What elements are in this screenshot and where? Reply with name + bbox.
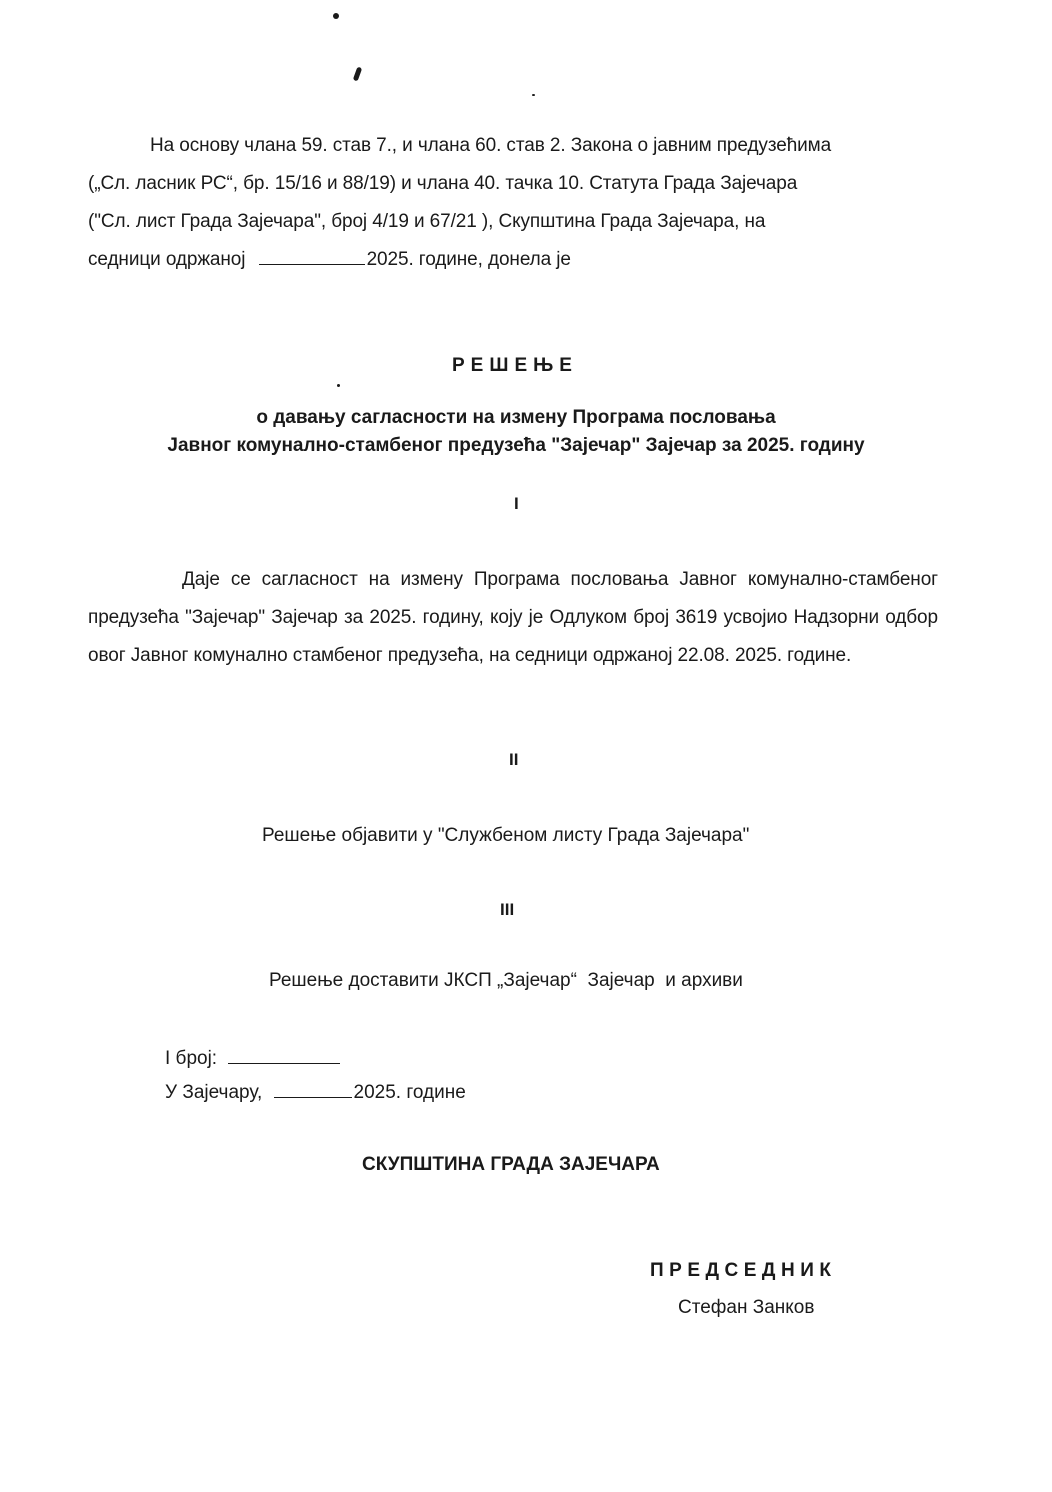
scan-speck [532,94,535,96]
reference-number-label: I број: [165,1048,217,1069]
reference-number-row: I број: [165,1048,342,1070]
section-number-1: I [514,494,519,514]
place-label: У Зајечару, [165,1082,262,1103]
president-name: Стефан Занков [678,1297,814,1319]
section-2-text: Решење објавити у "Службеном листу Града… [262,825,749,847]
reference-number-blank [228,1062,340,1064]
preamble-paragraph: На основу члана 59. став 7., и члана 60.… [88,127,938,279]
preamble-line-4-end: 2025. године, донела је [367,249,571,270]
subtitle-line-2: Јавног комунално-стамбеног предузећа "За… [0,432,1032,460]
president-title: ПРЕДСЕДНИК [650,1260,836,1282]
section-1-body: Даје се сагласност на измену Програма по… [88,569,938,666]
scan-speck [337,384,340,387]
section-number-2: II [509,750,518,770]
document-page: На основу члана 59. став 7., и члана 60.… [0,0,1052,1492]
section-number-3: III [500,900,514,920]
document-title: РЕШЕЊЕ [452,355,578,377]
scan-speck [353,67,362,82]
subtitle-line-1: о давању сагласности на измену Програма … [0,404,1032,432]
document-subtitle: о давању сагласности на измену Програма … [0,404,1032,460]
session-date-blank [259,263,365,265]
section-3-text: Решење доставити ЈКСП „Зајечар“ Зајечар … [269,970,743,992]
assembly-name: СКУПШТИНА ГРАДА ЗАЈЕЧАРА [362,1154,660,1176]
scan-speck [333,13,339,19]
year-label: 2025. године [354,1082,466,1103]
preamble-line-3: ("Сл. лист Града Зајечара", број 4/19 и … [88,211,765,232]
place-date-row: У Зајечару, 2025. године [165,1082,466,1104]
preamble-line-1: На основу члана 59. став 7., и члана 60.… [150,135,831,156]
preamble-line-2: („Сл. ласник РС“, бр. 15/16 и 88/19) и ч… [88,173,797,194]
preamble-line-4-start: седници одржаној [88,249,245,270]
date-blank [274,1096,352,1098]
section-1-text: Даје се сагласност на измену Програма по… [88,561,938,675]
